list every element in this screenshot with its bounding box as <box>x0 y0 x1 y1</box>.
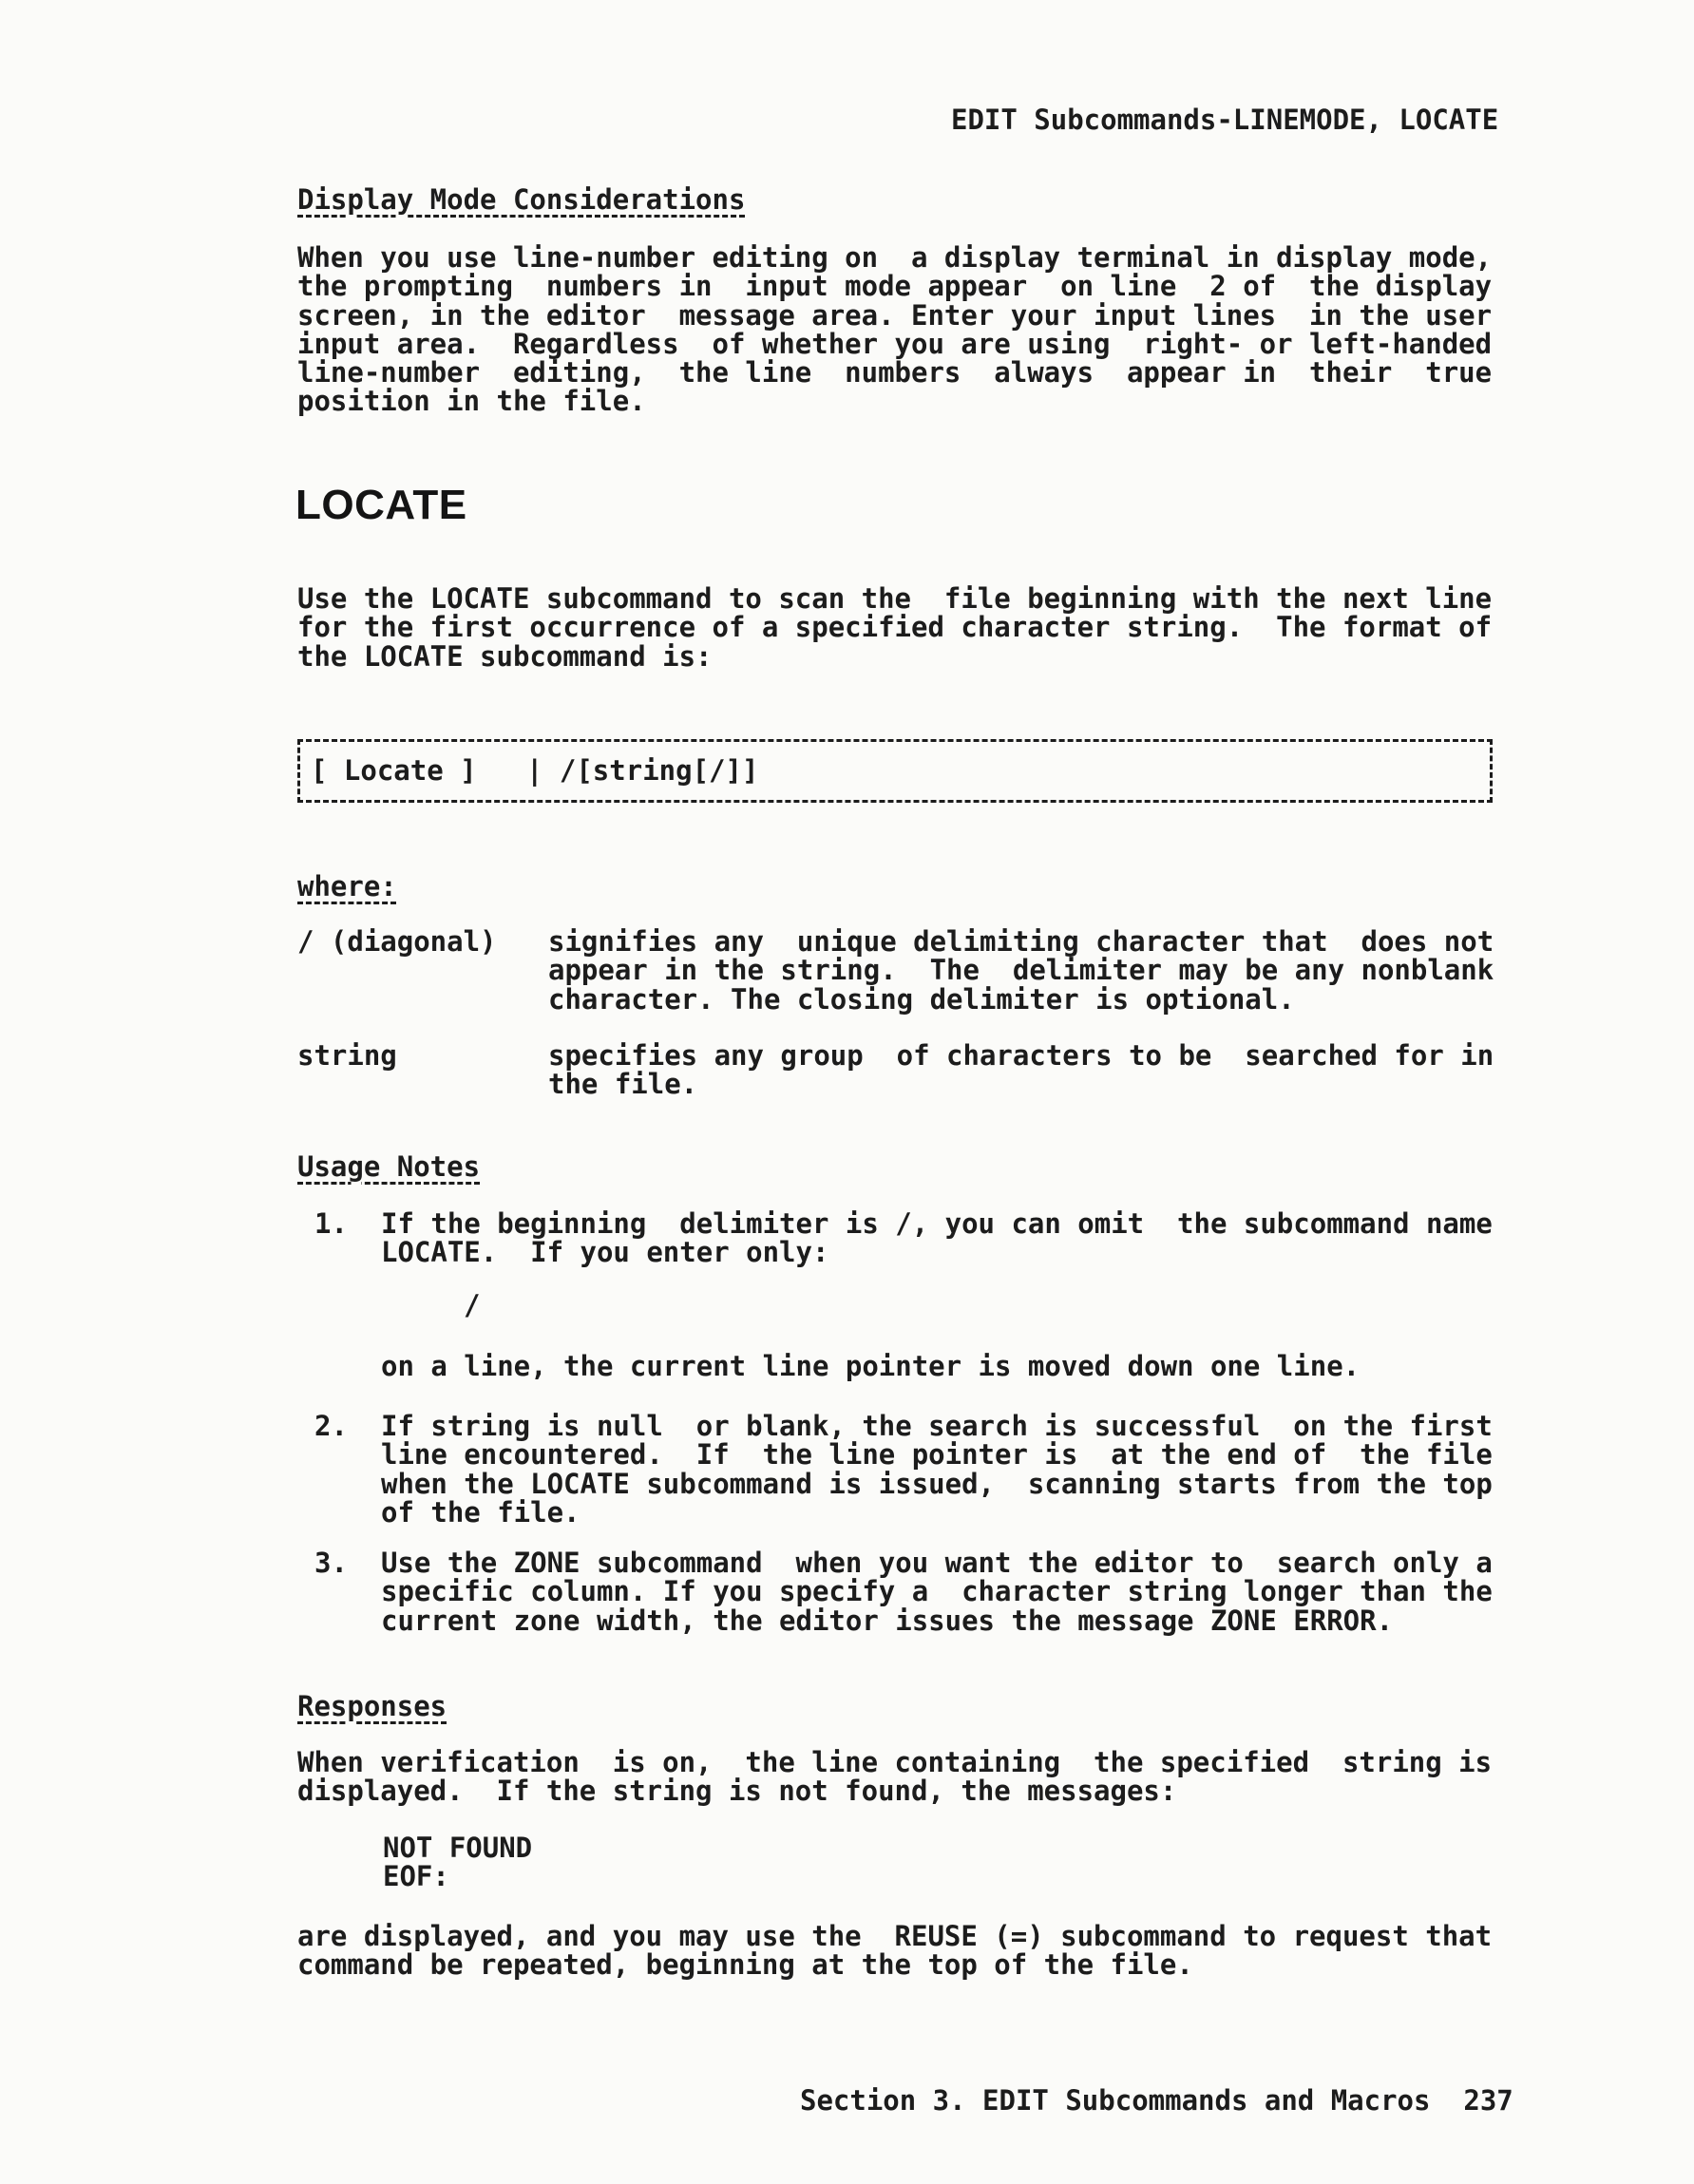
note-1-continuation: on a line, the current line pointer is m… <box>381 1352 1360 1380</box>
page-header: EDIT Subcommands-LINEMODE, LOCATE <box>951 105 1498 134</box>
usage-notes-heading: Usage Notes <box>297 1152 480 1181</box>
syntax-box: [ Locate ] | /[string[/]] <box>297 739 1493 803</box>
responses-heading: Responses <box>297 1692 447 1720</box>
definition-term-diagonal: / (diagonal) <box>297 927 497 956</box>
definition-desc-string: specifies any group of characters to be … <box>548 1041 1494 1099</box>
note-1-slash: / <box>464 1291 480 1320</box>
note-2-number: 2. <box>314 1412 348 1440</box>
scanned-manual-page: { "page": { "ink": "#1c1c1c", "backgroun… <box>0 0 1694 2184</box>
note-3-number: 3. <box>314 1548 348 1577</box>
section-heading-display-mode: Display Mode Considerations <box>297 185 745 214</box>
note-1-number: 1. <box>314 1209 348 1238</box>
page-footer: Section 3. EDIT Subcommands and Macros 2… <box>800 2086 1513 2115</box>
note-2-text: If string is null or blank, the search i… <box>381 1412 1493 1527</box>
note-1-text: If the beginning delimiter is /, you can… <box>381 1209 1493 1267</box>
syntax-text: [ Locate ] | /[string[/]] <box>300 756 758 785</box>
response-messages: NOT FOUND EOF: <box>383 1833 532 1891</box>
paragraph-display-mode: When you use line-number editing on a di… <box>297 243 1492 416</box>
locate-title: LOCATE <box>295 484 467 526</box>
responses-intro: When verification is on, the line contai… <box>297 1748 1492 1806</box>
definition-term-string: string <box>297 1041 397 1070</box>
where-label: where: <box>297 872 397 901</box>
note-3-text: Use the ZONE subcommand when you want th… <box>381 1548 1493 1635</box>
responses-continuation: are displayed, and you may use the REUSE… <box>297 1922 1492 1980</box>
definition-desc-diagonal: signifies any unique delimiting characte… <box>548 927 1494 1014</box>
paragraph-locate-intro: Use the LOCATE subcommand to scan the fi… <box>297 584 1492 671</box>
